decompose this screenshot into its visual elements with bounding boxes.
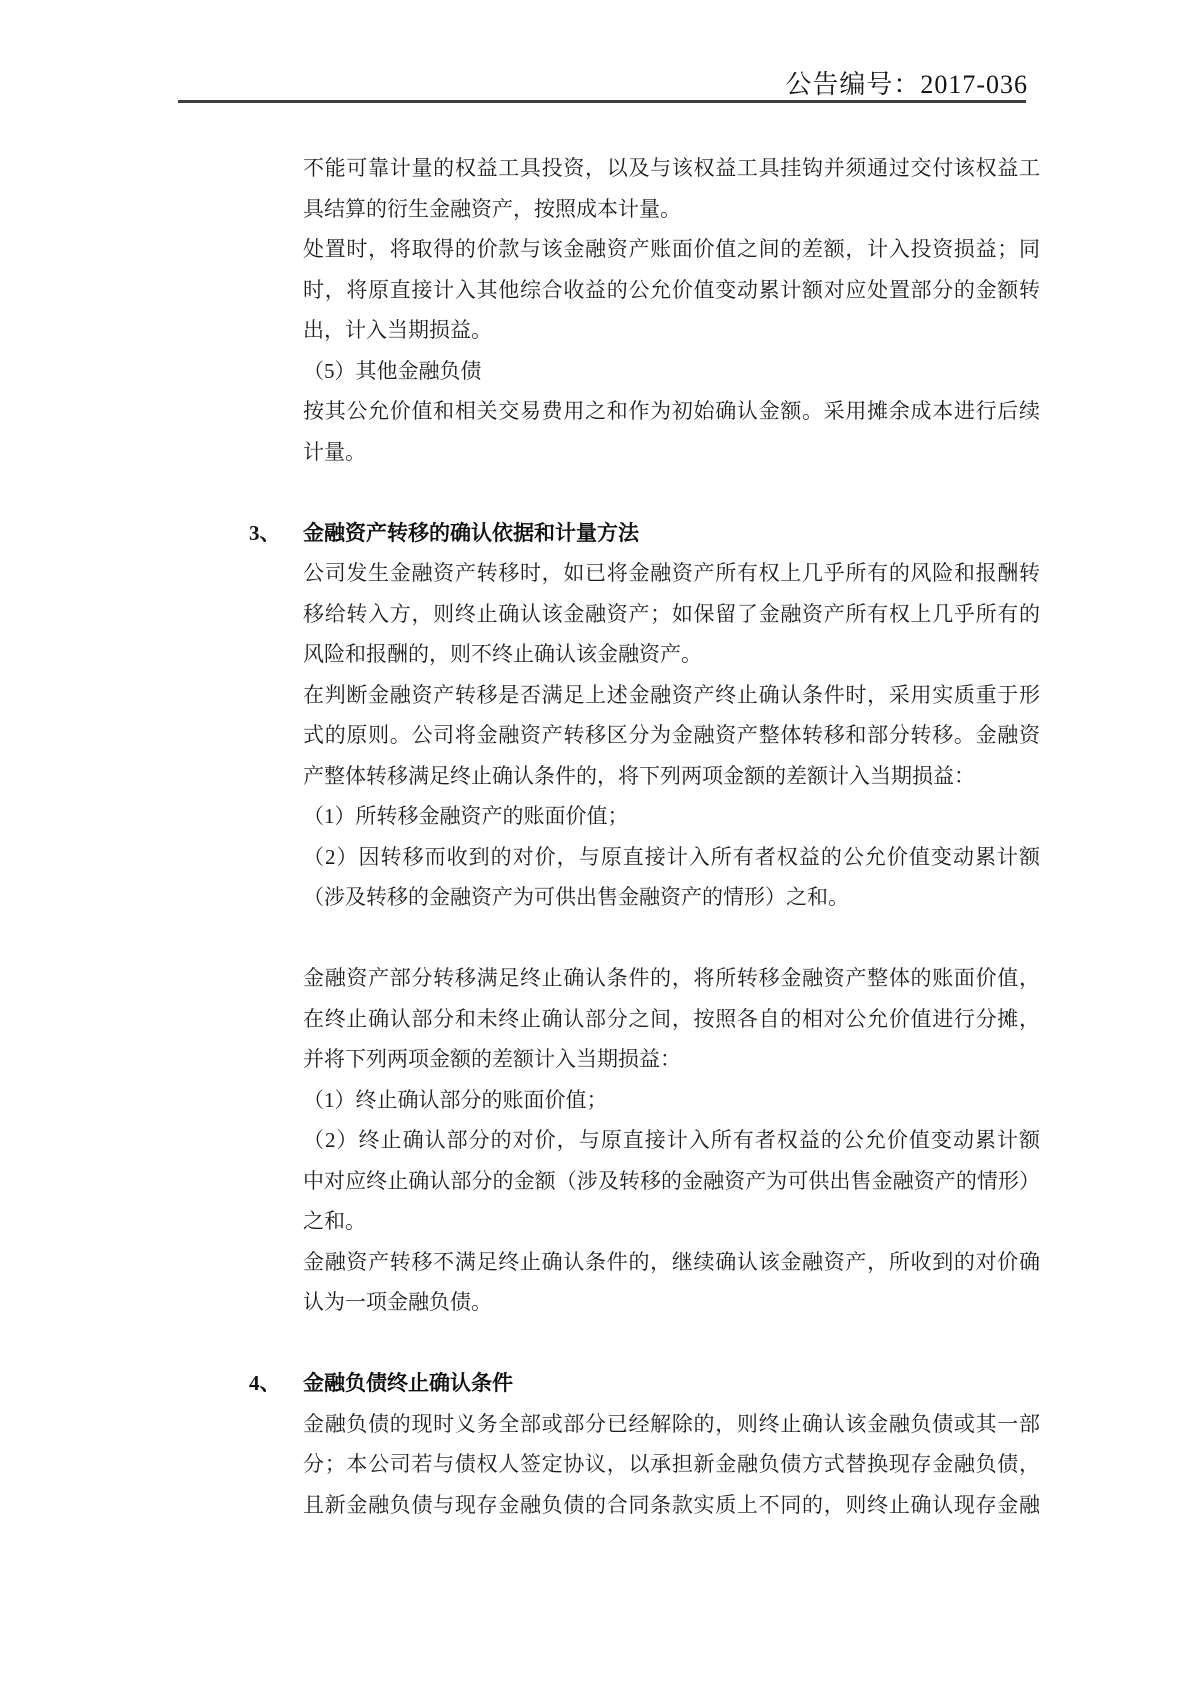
paragraph-line: 在判断金融资产转移是否满足上述金融资产终止确认条件时，采用实质重于形 xyxy=(303,675,1040,716)
list-item-line: （涉及转移的金融资产为可供出售金融资产的情形）之和。 xyxy=(303,877,1040,918)
list-item-line: （2）因转移而收到的对价，与原直接计入所有者权益的公允价值变动累计额 xyxy=(303,837,1040,878)
paragraph-line: 金融资产部分转移满足终止确认条件的，将所转移金融资产整体的账面价值， xyxy=(303,958,1040,999)
paragraph-line: 认为一项金融负债。 xyxy=(303,1282,1040,1323)
section-number: 3、 xyxy=(249,513,281,554)
section-heading-3: 3、 金融资产转移的确认依据和计量方法 xyxy=(303,513,1040,554)
paragraph-line: 按其公允价值和相关交易费用之和作为初始确认金额。采用摊余成本进行后续 xyxy=(303,391,1040,432)
paragraph-line: 出，计入当期损益。 xyxy=(303,310,1040,351)
paragraph-line: 具结算的衍生金融资产，按照成本计量。 xyxy=(303,189,1040,230)
blank-line xyxy=(303,918,1040,959)
paragraph-line: 金融负债的现时义务全部或部分已经解除的，则终止确认该金融负债或其一部 xyxy=(303,1404,1040,1445)
list-item-line: （1）所转移金融资产的账面价值； xyxy=(303,796,1040,837)
header-divider xyxy=(178,100,1026,103)
section-number: 4、 xyxy=(249,1363,281,1404)
paragraph-line: 产整体转移满足终止确认条件的，将下列两项金额的差额计入当期损益： xyxy=(303,756,1040,797)
document-body: 不能可靠计量的权益工具投资，以及与该权益工具挂钩并须通过交付该权益工 具结算的衍… xyxy=(303,148,1040,1525)
paragraph-line: 分；本公司若与债权人签定协议，以承担新金融负债方式替换现存金融负债， xyxy=(303,1444,1040,1485)
paragraph-line: 计量。 xyxy=(303,432,1040,473)
list-item-line: （1）终止确认部分的账面价值； xyxy=(303,1080,1040,1121)
paragraph-line: 公司发生金融资产转移时，如已将金融资产所有权上几乎所有的风险和报酬转 xyxy=(303,553,1040,594)
paragraph-line: 并将下列两项金额的差额计入当期损益： xyxy=(303,1039,1040,1080)
list-item-line: 之和。 xyxy=(303,1201,1040,1242)
paragraph-line: 移给转入方，则终止确认该金融资产；如保留了金融资产所有权上几乎所有的 xyxy=(303,594,1040,635)
list-item-line: （5）其他金融负债 xyxy=(303,351,1040,392)
paragraph-line: 且新金融负债与现存金融负债的合同条款实质上不同的，则终止确认现存金融 xyxy=(303,1485,1040,1526)
paragraph-line: 金融资产转移不满足终止确认条件的，继续确认该金融资产，所收到的对价确 xyxy=(303,1242,1040,1283)
paragraph-line: 风险和报酬的，则不终止确认该金融资产。 xyxy=(303,634,1040,675)
paragraph-line: 式的原则。公司将金融资产转移区分为金融资产整体转移和部分转移。金融资 xyxy=(303,715,1040,756)
blank-line xyxy=(303,1323,1040,1364)
paragraph-line: 不能可靠计量的权益工具投资，以及与该权益工具挂钩并须通过交付该权益工 xyxy=(303,148,1040,189)
document-page: 公告编号：2017-036 不能可靠计量的权益工具投资，以及与该权益工具挂钩并须… xyxy=(0,0,1200,1696)
list-item-line: （2）终止确认部分的对价，与原直接计入所有者权益的公允价值变动累计额 xyxy=(303,1120,1040,1161)
blank-line xyxy=(303,472,1040,513)
list-item-line: 中对应终止确认部分的金额（涉及转移的金融资产为可供出售金融资产的情形） xyxy=(303,1161,1040,1202)
paragraph-line: 在终止确认部分和未终止确认部分之间，按照各自的相对公允价值进行分摊， xyxy=(303,999,1040,1040)
section-title: 金融负债终止确认条件 xyxy=(303,1371,513,1395)
announcement-number: 公告编号：2017-036 xyxy=(785,64,1028,101)
paragraph-line: 处置时，将取得的价款与该金融资产账面价值之间的差额，计入投资损益；同 xyxy=(303,229,1040,270)
section-title: 金融资产转移的确认依据和计量方法 xyxy=(303,521,639,545)
paragraph-line: 时，将原直接计入其他综合收益的公允价值变动累计额对应处置部分的金额转 xyxy=(303,270,1040,311)
section-heading-4: 4、 金融负债终止确认条件 xyxy=(303,1363,1040,1404)
